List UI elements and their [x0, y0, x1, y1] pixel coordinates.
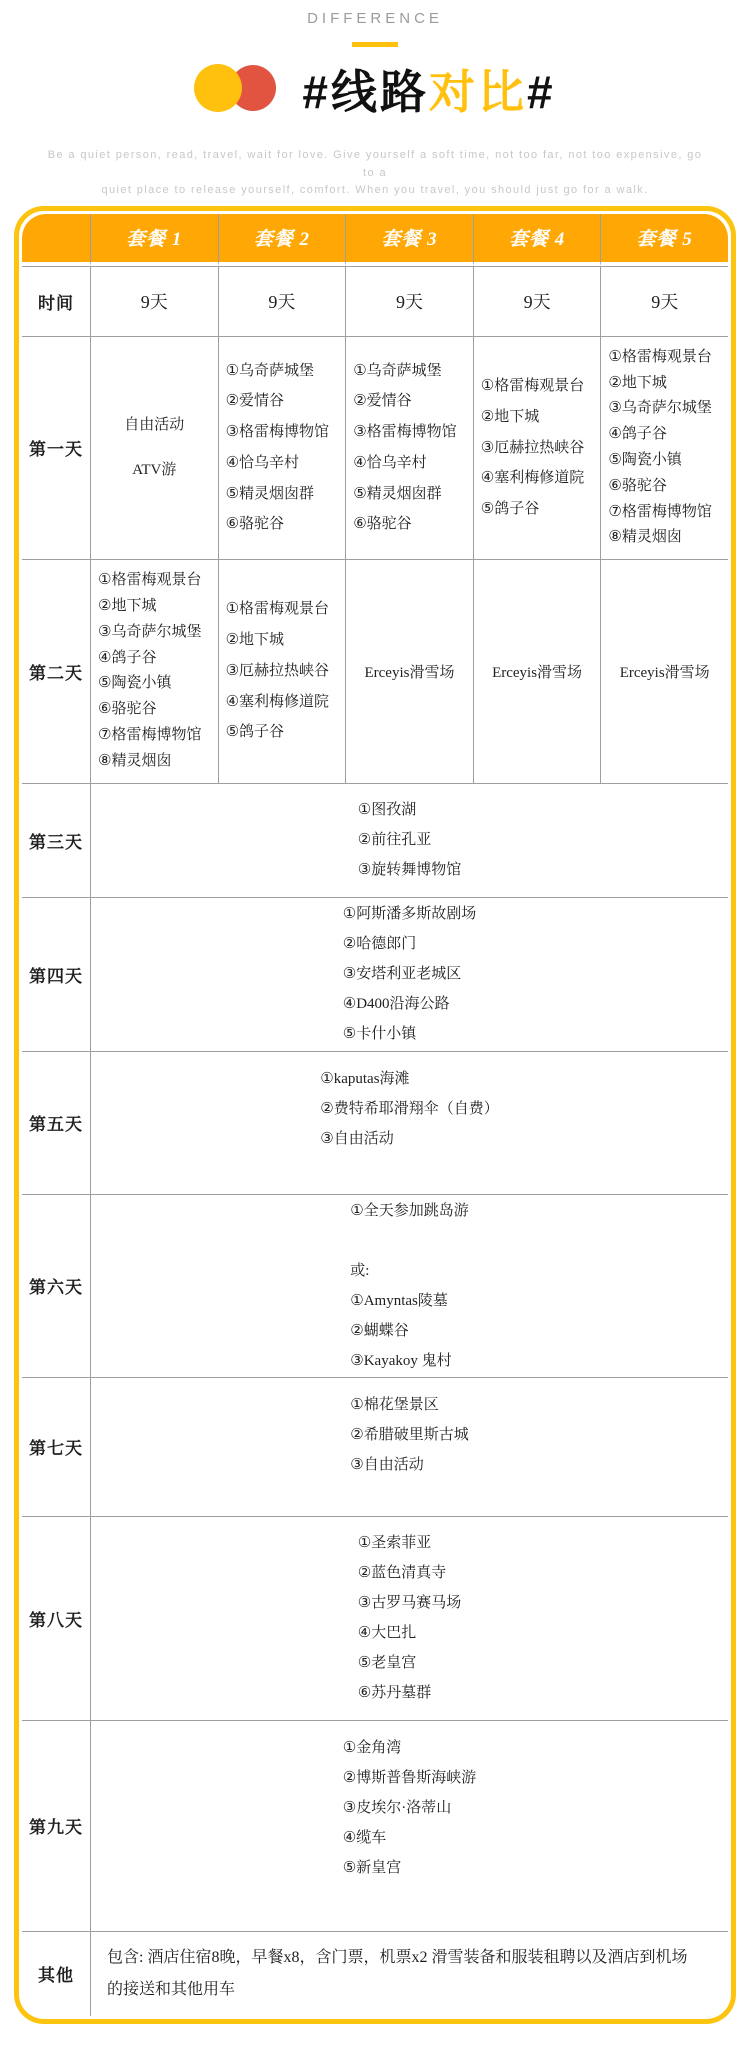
day3-itinerary-text: ①图孜湖 ②前往孔亚 ③旋转舞博物馆: [358, 795, 461, 885]
table-header-row: 套餐 1 套餐 2 套餐 3 套餐 4 套餐 5: [22, 214, 728, 266]
subtitle: Be a quiet person, read, travel, wait fo…: [40, 147, 710, 200]
comparison-table: 套餐 1 套餐 2 套餐 3 套餐 4 套餐 5 时间 9天 9天 9天 9天: [22, 214, 728, 2016]
day3-row-label: 第三天: [22, 783, 90, 897]
day3-itinerary-cell: ①图孜湖 ②前往孔亚 ③旋转舞博物馆: [90, 783, 728, 897]
day1-package1-cell: 自由活动 ATV游: [90, 336, 218, 559]
row-day5: 第五天 ①kaputas海滩 ②费特希耶滑翔伞（自费） ③自由活动: [22, 1051, 728, 1194]
day4-itinerary-text: ①阿斯潘多斯故剧场 ②哈德郎门 ③安塔利亚老城区 ④D400沿海公路 ⑤卡什小镇: [343, 899, 476, 1049]
day1-package5-cell: ①格雷梅观景台 ②地下城 ③乌奇萨尔城堡 ④鸽子谷 ⑤陶瓷小镇 ⑥骆驼谷 ⑦格雷…: [600, 336, 728, 559]
day5-itinerary-cell: ①kaputas海滩 ②费特希耶滑翔伞（自费） ③自由活动: [90, 1051, 728, 1194]
day1-package2-cell: ①乌奇萨城堡 ②爱情谷 ③格雷梅博物馆 ④恰乌辛村 ⑤精灵烟囱群 ⑥骆驼谷: [218, 336, 346, 559]
day2-package5-cell: Erceyis滑雪场: [600, 559, 728, 782]
day6-itinerary-cell: ①全天参加跳岛游 或: ①Amyntas陵墓 ②蝴蝶谷 ③Kayakoy 鬼村: [90, 1194, 728, 1377]
time-package2-cell: 9天: [218, 266, 346, 336]
day2-row-label: 第二天: [22, 559, 90, 782]
day7-itinerary-text: ①棉花堡景区 ②希腊破里斯古城 ③自由活动: [350, 1390, 468, 1480]
kicker-text: DIFFERENCE: [0, 0, 750, 27]
corner-cell: [22, 214, 90, 266]
package-4-header: 套餐 4: [473, 214, 601, 266]
day2-package1-cell: ①格雷梅观景台 ②地下城 ③乌奇萨尔城堡 ④鸽子谷 ⑤陶瓷小镇 ⑥骆驼谷 ⑦格雷…: [90, 559, 218, 782]
day5-row-label: 第五天: [22, 1051, 90, 1194]
logo-circles-icon: [194, 64, 276, 114]
day8-itinerary-cell: ①圣索菲亚 ②蓝色清真寺 ③古罗马赛马场 ④大巴扎 ⑤老皇宫 ⑥苏丹墓群: [90, 1516, 728, 1720]
title-block: #线路对比#: [0, 61, 750, 117]
kicker-underline: [352, 42, 398, 47]
day8-itinerary-text: ①圣索菲亚 ②蓝色清真寺 ③古罗马赛马场 ④大巴扎 ⑤老皇宫 ⑥苏丹墓群: [358, 1528, 461, 1708]
row-day3: 第三天 ①图孜湖 ②前往孔亚 ③旋转舞博物馆: [22, 783, 728, 897]
time-package4-cell: 9天: [473, 266, 601, 336]
time-package3-cell: 9天: [345, 266, 473, 336]
day2-package4-cell: Erceyis滑雪场: [473, 559, 601, 782]
package-5-header: 套餐 5: [600, 214, 728, 266]
row-time: 时间 9天 9天 9天 9天 9天: [22, 266, 728, 336]
comparison-table-frame: 套餐 1 套餐 2 套餐 3 套餐 4 套餐 5 时间 9天 9天 9天 9天: [14, 206, 736, 2024]
row-day1: 第一天 自由活动 ATV游 ①乌奇萨城堡 ②爱情谷 ③格雷梅博物馆 ④恰乌辛村 …: [22, 336, 728, 559]
day9-row-label: 第九天: [22, 1720, 90, 1931]
title-suffix: #: [527, 66, 556, 118]
package-3-header: 套餐 3: [345, 214, 473, 266]
day2-package2-cell: ①格雷梅观景台 ②地下城 ③厄赫拉热峡谷 ④塞利梅修道院 ⑤鸽子谷: [218, 559, 346, 782]
day4-itinerary-cell: ①阿斯潘多斯故剧场 ②哈德郎门 ③安塔利亚老城区 ④D400沿海公路 ⑤卡什小镇: [90, 897, 728, 1051]
time-row-label: 时间: [22, 266, 90, 336]
other-inclusions-cell: 包含: 酒店住宿8晚，早餐x8，含门票，机票x2 滑雪装备和服装租聘以及酒店到机…: [90, 1931, 728, 2016]
day1-row-label: 第一天: [22, 336, 90, 559]
day8-row-label: 第八天: [22, 1516, 90, 1720]
day2-package3-cell: Erceyis滑雪场: [345, 559, 473, 782]
row-day6: 第六天 ①全天参加跳岛游 或: ①Amyntas陵墓 ②蝴蝶谷 ③Kayakoy…: [22, 1194, 728, 1377]
time-package1-cell: 9天: [90, 266, 218, 336]
subtitle-line-1: Be a quiet person, read, travel, wait fo…: [48, 149, 703, 179]
day5-itinerary-text: ①kaputas海滩 ②费特希耶滑翔伞（自费） ③自由活动: [320, 1064, 498, 1154]
title-highlight: 对比: [429, 66, 527, 118]
row-day7: 第七天 ①棉花堡景区 ②希腊破里斯古城 ③自由活动: [22, 1377, 728, 1516]
row-day9: 第九天 ①金角湾 ②博斯普鲁斯海峡游 ③皮埃尔·洛蒂山 ④缆车 ⑤新皇宫: [22, 1720, 728, 1931]
title-prefix: #线路: [302, 66, 429, 118]
other-row-label: 其他: [22, 1931, 90, 2016]
day9-itinerary-cell: ①金角湾 ②博斯普鲁斯海峡游 ③皮埃尔·洛蒂山 ④缆车 ⑤新皇宫: [90, 1720, 728, 1931]
day7-itinerary-cell: ①棉花堡景区 ②希腊破里斯古城 ③自由活动: [90, 1377, 728, 1516]
logo-yellow-circle: [194, 64, 242, 112]
day7-row-label: 第七天: [22, 1377, 90, 1516]
row-other: 其他 包含: 酒店住宿8晚，早餐x8，含门票，机票x2 滑雪装备和服装租聘以及酒…: [22, 1931, 728, 2016]
day4-row-label: 第四天: [22, 897, 90, 1051]
day9-itinerary-text: ①金角湾 ②博斯普鲁斯海峡游 ③皮埃尔·洛蒂山 ④缆车 ⑤新皇宫: [343, 1733, 476, 1883]
day1-package3-cell: ①乌奇萨城堡 ②爱情谷 ③格雷梅博物馆 ④恰乌辛村 ⑤精灵烟囱群 ⑥骆驼谷: [345, 336, 473, 559]
package-1-header: 套餐 1: [90, 214, 218, 266]
row-day8: 第八天 ①圣索菲亚 ②蓝色清真寺 ③古罗马赛马场 ④大巴扎 ⑤老皇宫 ⑥苏丹墓群: [22, 1516, 728, 1720]
time-package5-cell: 9天: [600, 266, 728, 336]
day6-row-label: 第六天: [22, 1194, 90, 1377]
package-2-header: 套餐 2: [218, 214, 346, 266]
day1-package4-cell: ①格雷梅观景台 ②地下城 ③厄赫拉热峡谷 ④塞利梅修道院 ⑤鸽子谷: [473, 336, 601, 559]
poster-page: DIFFERENCE #线路对比# Be a quiet person, rea…: [0, 0, 750, 2052]
page-title: #线路对比#: [302, 56, 555, 122]
day6-itinerary-text: ①全天参加跳岛游 或: ①Amyntas陵墓 ②蝴蝶谷 ③Kayakoy 鬼村: [350, 1196, 468, 1376]
subtitle-line-2: quiet place to release yourself, comfort…: [101, 184, 648, 196]
row-day2: 第二天 ①格雷梅观景台 ②地下城 ③乌奇萨尔城堡 ④鸽子谷 ⑤陶瓷小镇 ⑥骆驼谷…: [22, 559, 728, 782]
row-day4: 第四天 ①阿斯潘多斯故剧场 ②哈德郎门 ③安塔利亚老城区 ④D400沿海公路 ⑤…: [22, 897, 728, 1051]
